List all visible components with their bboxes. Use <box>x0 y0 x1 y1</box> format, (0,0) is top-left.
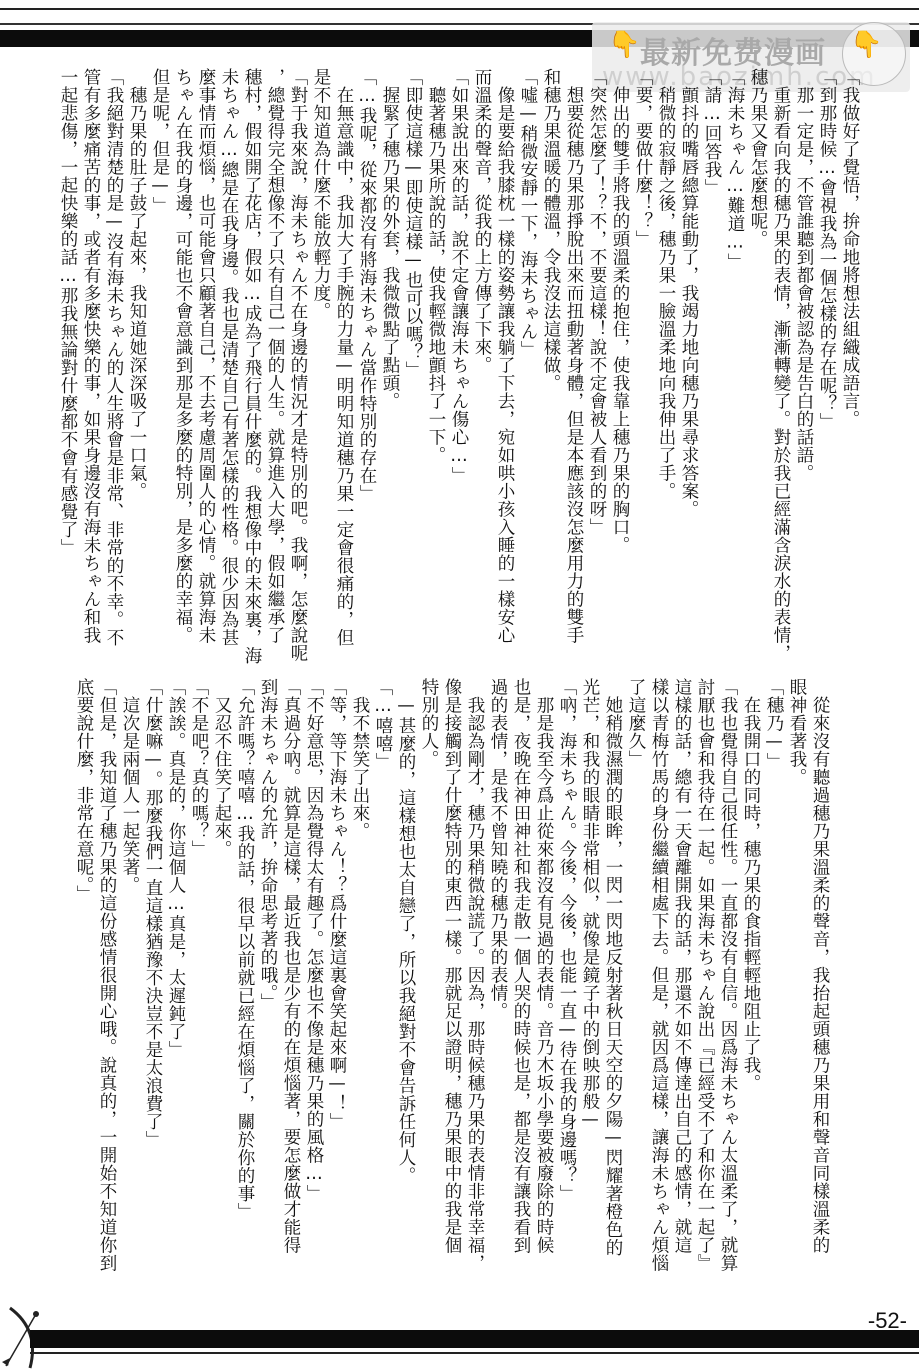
text-column: 和穗乃果溫暖的體溫，令我沒法這樣做。 <box>539 68 562 658</box>
text-column: 那一定是，不管誰聽到都會被認為是告白的話語。 <box>792 68 815 658</box>
text-column: 一起悲傷，一起快樂的話…那我無論對什麼都不會有感覺了」 <box>56 68 79 658</box>
text-column: 到海未ちゃん的允許，拚命思考著的哦。」 <box>256 678 279 1258</box>
text-column: 麼事情而煩惱，也可能會只顧著自己，不去考慮周圍人的心情。就算海未 <box>194 68 217 658</box>
text-column: 在我開口的同時，穗乃果的食指輕輕地阻止了我。 <box>739 678 762 1258</box>
text-column: 又忍不住笑了起來。 <box>210 678 233 1258</box>
text-column: 「即使這樣—即使這樣—也可以嗎？」 <box>401 68 424 658</box>
text-column: 在無意識中，我加大了手腕的力量—明明知道穗乃果一定會很痛的，但 <box>332 68 355 658</box>
text-column: 「我也覺得自己很任性。一直都沒有自信。因爲海未ちゃん太溫柔了，就算 <box>716 678 739 1258</box>
text-column: 她稍微濕潤的眼眸，一閃一閃地反射著秋日天空的夕陽—閃耀著橙色的 <box>601 678 624 1258</box>
text-column: 眼神看著我。 <box>785 678 808 1258</box>
text-column: 是不知道為什麼不能放輕力度。 <box>309 68 332 658</box>
upper-text-block: 「我做好了覺悟，拚命地將想法組織成語言。「到那時候…會視我為一個怎樣的存在呢？」… <box>56 68 861 658</box>
text-column: ，總覺得完全想像不了只有自己一個的人生。就算進入大學，假如繼承了 <box>263 68 286 658</box>
text-column: 「但是，我知道了穗乃果的這份感情很開心哦。說真的，一開始不知道你到 <box>95 678 118 1258</box>
text-column: 從來沒有聽過穗乃果溫柔的聲音，我抬起頭穗乃果用和聲音同樣溫柔的 <box>808 678 831 1258</box>
text-column: 「如果說出來的話，說不定會讓海未ちゃん傷心…」 <box>447 68 470 658</box>
text-column: 「吶，海未ちゃん。今後，今後，也能一直—待在我的身邊嗎？」 <box>555 678 578 1258</box>
text-column: 也是，夜晚在神田神社和我走散一個人哭的時候也是，都是沒有讓我看到 <box>509 678 532 1258</box>
footer-black-bar <box>30 1330 919 1348</box>
text-column: 「不是吧？真的嗎？」 <box>187 678 210 1258</box>
text-column: 稍微的寂靜之後，穗乃果一臉溫柔地向我伸出了手。 <box>654 68 677 658</box>
lower-text-block: 從來沒有聽過穗乃果溫柔的聲音，我抬起頭穗乃果用和聲音同樣溫柔的眼神看著我。「穗乃… <box>72 678 831 1258</box>
text-column: 穗乃果的肚子鼓了起來，我知道她深深吸了一口氣。 <box>125 68 148 658</box>
top-thin-rule <box>0 8 919 10</box>
text-column: ちゃん在我的身邊，可能也不會意識到那是多麼的特別，是多麼的幸福。 <box>171 68 194 658</box>
text-column: 穗乃果又會怎麼想呢。 <box>746 68 769 658</box>
text-column: 像是要給我膝枕一樣的姿勢讓我躺了下去，宛如哄小孩入睡的一樣安心 <box>493 68 516 658</box>
footer-thin-rule <box>30 1352 919 1354</box>
text-column: 「什麼嘛—。那麼我們一直這樣猶豫不決豈不是太浪費了」 <box>141 678 164 1258</box>
text-column: 過的表情，是我不曾知曉的穗乃果的表情。 <box>486 678 509 1258</box>
text-column: 光芒，和我的眼睛非常相似，就像是鏡子中的倒映那般— <box>578 678 601 1258</box>
text-column: 像是接觸到了什麼特別的東西一樣。那就足以證明，穗乃果眼中的我是個 <box>440 678 463 1258</box>
text-column: 「海未ちゃん…難道…」 <box>723 68 746 658</box>
text-column: 聽著穗乃果所說的話，使我輕微地顫抖了一下。 <box>424 68 447 658</box>
text-column: 樣以青梅竹馬的身份繼續相處下去。但是，就因爲這樣，讓海未ちゃん煩惱 <box>647 678 670 1258</box>
text-column: 但是呢，但是—」 <box>148 68 171 658</box>
text-column: 「突然怎麼了！？不，不要這樣！說不定會被人看到的呀」 <box>585 68 608 658</box>
text-column: 「真過分吶。就算是這樣，最近我也是少有的在煩惱著，要怎麼做才能得 <box>279 678 302 1258</box>
text-column: 「我做好了覺悟，拚命地將想法組織成語言。 <box>838 68 861 658</box>
text-column: 「到那時候…會視我為一個怎樣的存在呢？」 <box>815 68 838 658</box>
text-column: 了這麼久」 <box>624 678 647 1258</box>
text-column: 「要，要做什麼！？」 <box>631 68 654 658</box>
text-column: 底要說什麼，非常在意呢。」 <box>72 678 95 1258</box>
text-column: 管有多麼痛苦的事，或者有多麼快樂的事，如果身邊沒有海未ちゃん和我 <box>79 68 102 658</box>
text-column: 顫抖的嘴唇總算能動了，我竭力地向穗乃果尋求答案。 <box>677 68 700 658</box>
text-column: 重新看向我的穗乃果的表情，漸漸轉變了。對於我已經滿含淚水的表情， <box>769 68 792 658</box>
text-column: 討厭也會和我待在一起。如果海未ちゃん說出『已經受不了和你在一起了』 <box>693 678 716 1258</box>
text-column: 伸出的雙手將我的頭溫柔的抱住，使我靠上穗乃果的胸口。 <box>608 68 631 658</box>
text-column: 這次是兩個人一起笑著。 <box>118 678 141 1258</box>
text-column: 「等，等下海未ちゃん！？爲什麼這裏會笑起來啊—！」 <box>325 678 348 1258</box>
text-column: 「誒誒。真是的，你這個人…真是，太遲鈍了」 <box>164 678 187 1258</box>
text-column: 那是我至今爲止從來都沒有見過的表情。音乃木坂小學要被廢除的時候 <box>532 678 555 1258</box>
text-column: 「…我呢，從來都沒有將海未ちゃん當作特別的存在」 <box>355 68 378 658</box>
text-column: 「允許嗎？嘻嘻…我的話，很早以前就已經在煩惱了，關於你的事」 <box>233 678 256 1258</box>
text-column: 「我絕對清楚的是—沒有海未ちゃん的人生將會是非常、非常的不幸。不 <box>102 68 125 658</box>
text-column: 握緊了穗乃果的外套，我微微點了點頭。 <box>378 68 401 658</box>
pointing-hand-icon: 👇 <box>608 30 640 60</box>
text-column: 「對于我來說，海未ちゃん不在身邊的情況才是特別的吧。我啊，怎麼說呢 <box>286 68 309 658</box>
text-column: 「穗乃—」 <box>762 678 785 1258</box>
text-column: 特別的人。 <box>417 678 440 1258</box>
text-column: 未ちゃん…總是在我身邊。我也是清楚自己有著怎樣的性格。很少因為甚 <box>217 68 240 658</box>
text-column: 「…嘻嘻」 <box>371 678 394 1258</box>
text-column: 我認為剛才，穗乃果稍微說謊了。因為，那時候穗乃果的表情非常幸福， <box>463 678 486 1258</box>
pointing-hand-icon: 👇 <box>850 30 882 60</box>
text-column: —甚麼的，這樣想也太自戀了，所以我絕對不會告訴任何人。 <box>394 678 417 1258</box>
text-column: 穗村，假如開了花店，假如…成為了飛行員什麼的。我想像中的未來裏，海 <box>240 68 263 658</box>
text-column: 「噓—稍微安靜一下，海未ちゃん」 <box>516 68 539 658</box>
text-column: 而溫柔的聲音，從我的上方傳了下來。 <box>470 68 493 658</box>
text-column: 這樣的話，總有一天會離開我的話，那還不如不傳達出自己的感情，就這 <box>670 678 693 1258</box>
text-column: 想要從穗乃果那掙脫出來而扭動著身體，但是本應該沒怎麼用力的雙手 <box>562 68 585 658</box>
text-column: 我不禁笑了出來。 <box>348 678 371 1258</box>
text-column: 「請…回答我」 <box>700 68 723 658</box>
text-column: 「不好意思，因為覺得太有趣了。怎麼也不像是穗乃果的風格…」 <box>302 678 325 1258</box>
